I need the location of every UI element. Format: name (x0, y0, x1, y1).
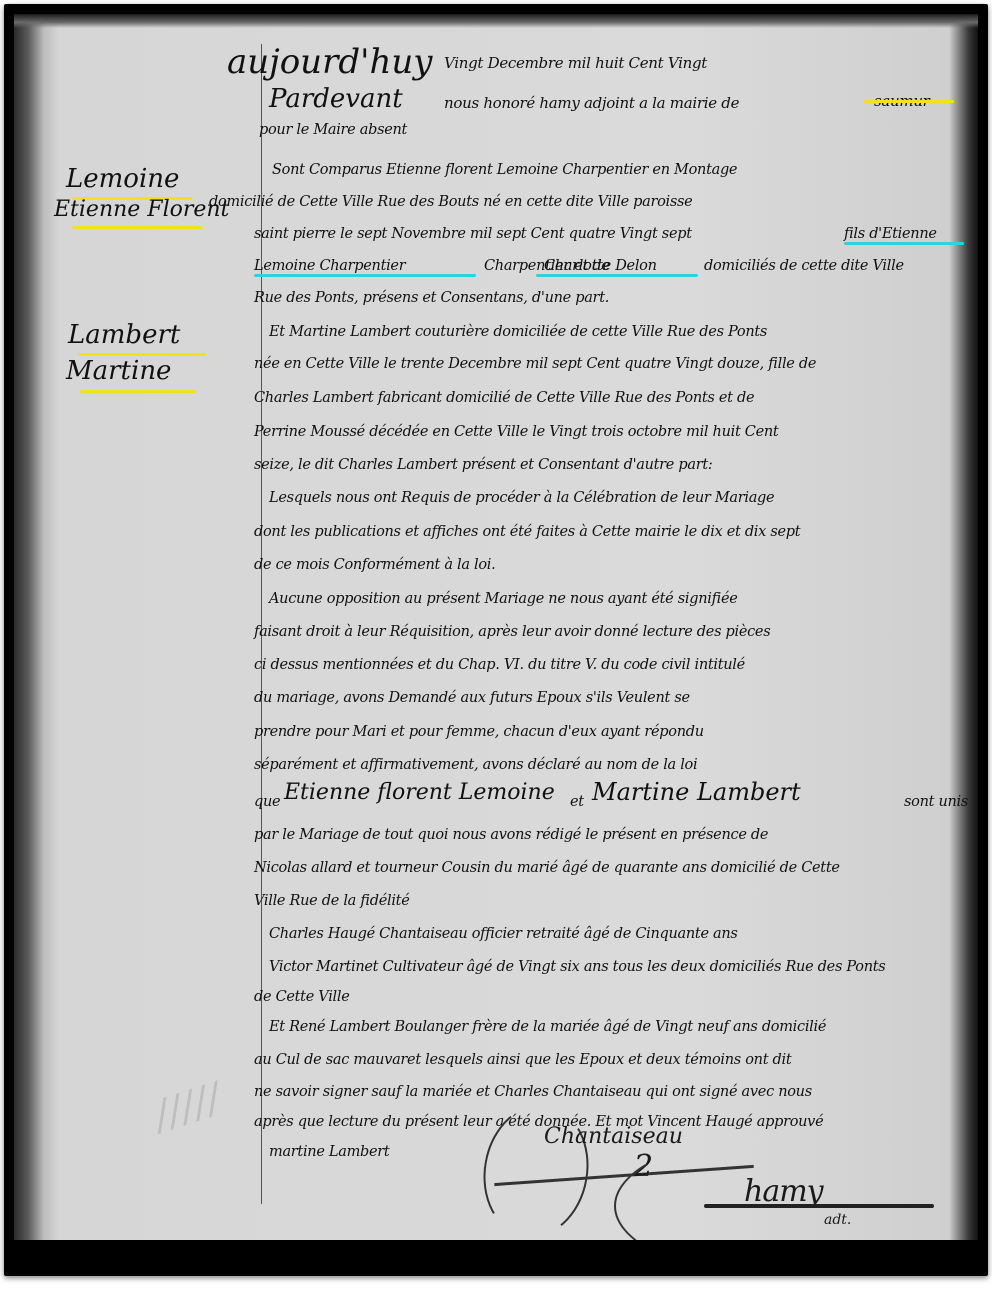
body-line: de Cette Ville (254, 989, 350, 1005)
body-line: Perrine Moussé décédée en Cette Ville le… (254, 424, 778, 440)
heading-line3: pour le Maire absent (259, 122, 407, 138)
highlight-yellow (72, 226, 202, 229)
highlight-cyan (536, 274, 698, 277)
margin-given-groom: Etienne Florent (54, 197, 229, 222)
witness-signature: Chantaiseau (544, 1124, 683, 1149)
body-line: Charles Haugé Chantaiseau officier retra… (269, 926, 738, 942)
body-line: Ville Rue de la fidélité (254, 893, 409, 909)
body-line: ne savoir signer sauf la mariée et Charl… (254, 1084, 812, 1100)
body-line: Charles Lambert fabricant domicilié de C… (254, 390, 754, 406)
document-frame: ///// Lemoine Etienne Florent Lambert Ma… (4, 4, 988, 1276)
body-line: faisant droit à leur Réquisition, après … (254, 624, 770, 640)
highlight-phrase-father: Lemoine Charpentier (254, 258, 405, 274)
union-prefix: que (254, 794, 280, 810)
heading-date: Vingt Decembre mil huit Cent Vingt (444, 54, 707, 72)
body-line: Aucune opposition au présent Mariage ne … (269, 591, 738, 607)
body-line: Et Martine Lambert couturière domiciliée… (269, 324, 767, 340)
body-line: saint pierre le sept Novembre mil sept C… (254, 226, 692, 242)
heading-official: nous honoré hamy adjoint a la mairie de (444, 94, 739, 112)
body-line: par le Mariage de tout quoi nous avons r… (254, 827, 768, 843)
union-suffix: sont unis (904, 794, 968, 810)
body-line: Nicolas allard et tourneur Cousin du mar… (254, 860, 840, 876)
body-line: au Cul de sac mauvaret lesquels ainsi qu… (254, 1052, 791, 1068)
margin-surname-bride: Lambert (68, 320, 180, 350)
bride-signature: martine Lambert (269, 1144, 389, 1160)
signature-flourish (614, 1134, 948, 1240)
heading-opening-word: aujourd'huy (227, 42, 432, 82)
union-groom: Etienne florent Lemoine (284, 780, 555, 805)
union-bride: Martine Lambert (592, 778, 801, 806)
bleed-through-text: ///// (149, 1075, 227, 1140)
body-line: séparément et affirmativement, avons déc… (254, 757, 697, 773)
body-line: Sont Comparus Etienne florent Lemoine Ch… (272, 162, 737, 178)
body-line: Rue des Ponts, présens et Consentans, d'… (254, 290, 609, 306)
body-line: domicilié de Cette Ville Rue des Bouts n… (209, 194, 692, 210)
body-line: née en Cette Ville le trente Decembre mi… (254, 356, 816, 372)
body-line: Et René Lambert Boulanger frère de la ma… (269, 1019, 826, 1035)
body-line: prendre pour Mari et pour femme, chacun … (254, 724, 704, 740)
highlight-cyan (254, 274, 476, 277)
body-line: Victor Martinet Cultivateur âgé de Vingt… (269, 959, 885, 975)
highlight-yellow (80, 390, 196, 393)
union-conj: et (570, 794, 584, 810)
document-page: ///// Lemoine Etienne Florent Lambert Ma… (14, 14, 978, 1240)
margin-given-bride: Martine (66, 356, 171, 386)
heading-pardevant: Pardevant (269, 84, 403, 114)
highlight-cyan (844, 242, 964, 245)
body-line: domiciliés de cette dite Ville (704, 258, 904, 274)
body-line: seize, le dit Charles Lambert présent et… (254, 457, 712, 473)
highlight-phrase-mother: Charlotte Delon (544, 258, 657, 274)
body-line: de ce mois Conformément à la loi. (254, 557, 495, 573)
body-line: Lesquels nous ont Requis de procéder à l… (269, 490, 774, 506)
body-line: ci dessus mentionnées et du Chap. VI. du… (254, 657, 745, 673)
highlight-phrase-fils: fils d'Etienne (844, 226, 937, 242)
margin-surname-groom: Lemoine (66, 164, 179, 194)
highlight-yellow (864, 100, 954, 103)
body-line: dont les publications et affiches ont ét… (254, 524, 800, 540)
body-line: du mariage, avons Demandé aux futurs Epo… (254, 690, 690, 706)
